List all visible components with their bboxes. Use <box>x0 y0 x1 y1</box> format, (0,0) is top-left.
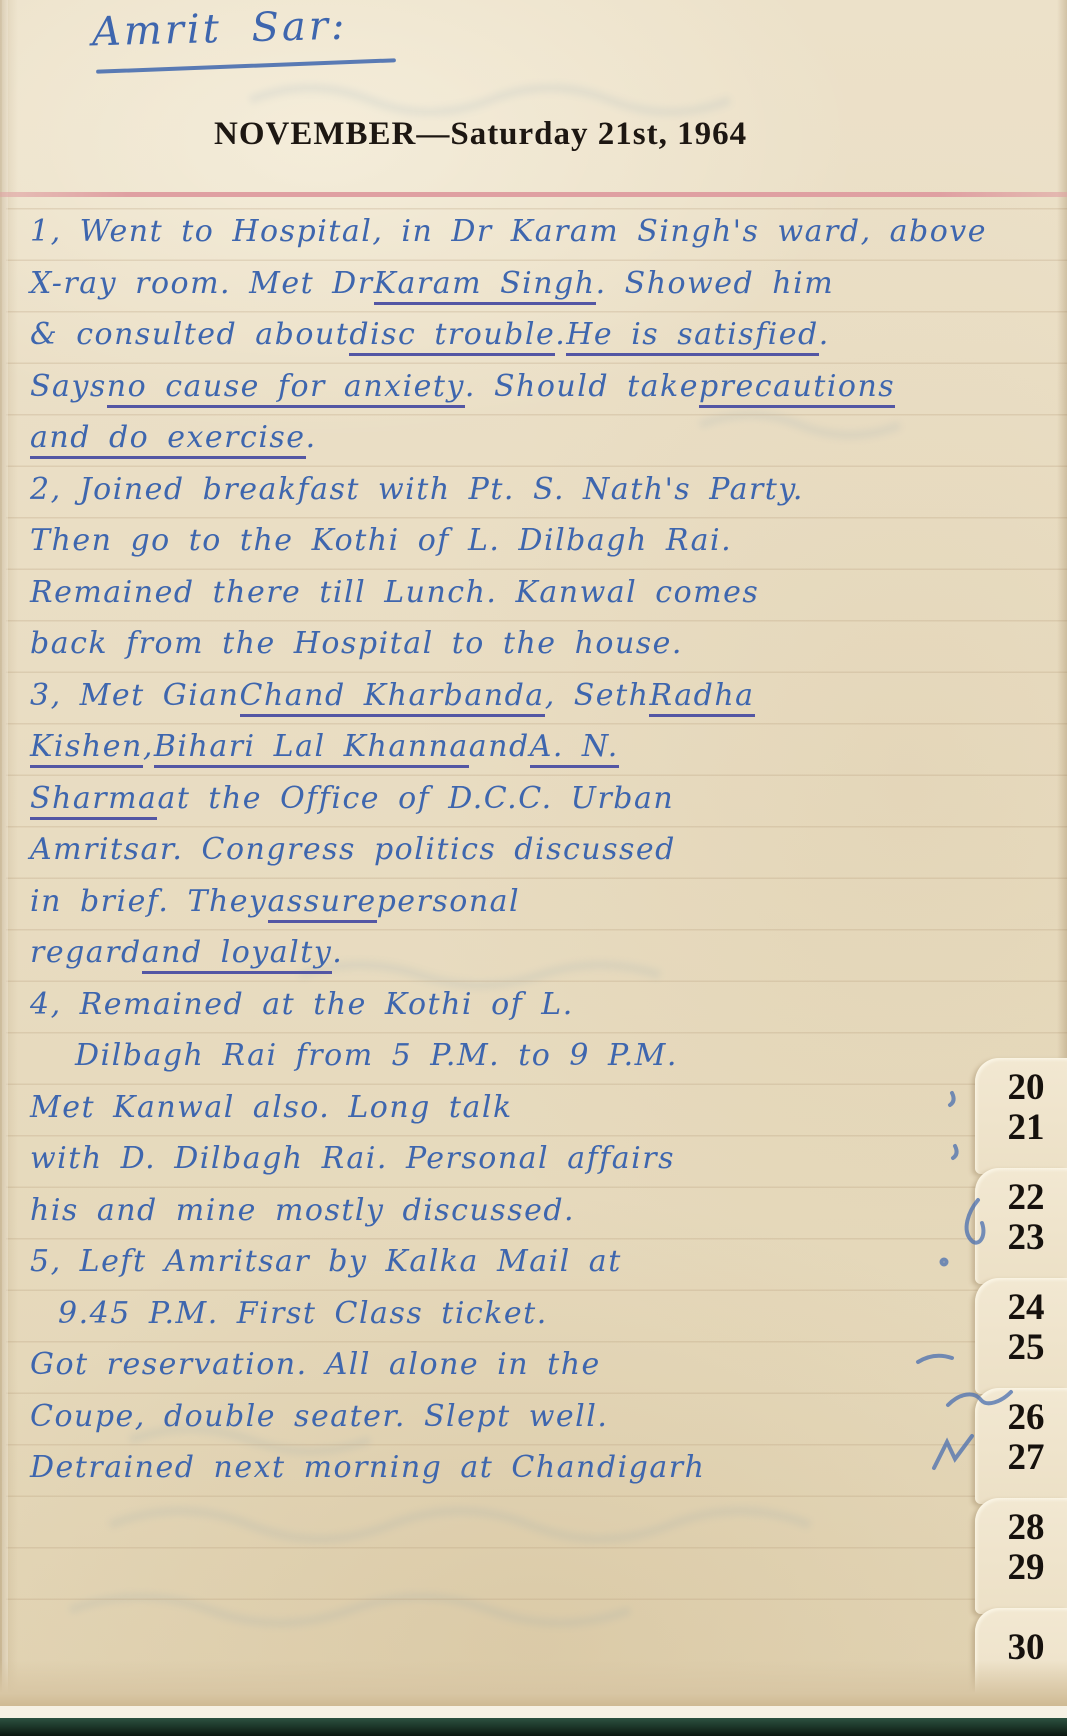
journal-line-17: Dilbagh Rai from 5 P.M. to 9 P.M. <box>30 1030 983 1082</box>
journal-line-16: 4, Remained at the Kothi of L. <box>30 979 983 1031</box>
underlined-handwriting: A. N. <box>530 730 619 768</box>
tab-number: 23 <box>991 1218 1061 1258</box>
handwriting: Dilbagh Rai from 5 P.M. to 9 P.M. <box>75 1030 678 1082</box>
underlined-handwriting: Sharma <box>30 782 157 820</box>
journal-line-23: Got reservation. All alone in the <box>30 1339 983 1391</box>
underlined-handwriting: assure <box>268 885 377 923</box>
journal-line-25: Detrained next morning at Chandigarh <box>30 1442 983 1494</box>
journal-line-7: Then go to the Kothi of L. Dilbagh Rai. <box>30 515 983 567</box>
journal-line-20: his and mine mostly discussed. <box>30 1185 983 1237</box>
handwriting: & consulted about <box>30 309 349 361</box>
underlined-handwriting: Karam Singh <box>374 267 596 305</box>
handwriting: . Should take <box>465 361 699 413</box>
journal-line-14: in brief. They assure personal <box>30 876 983 928</box>
date-tab-26-27: 2627 <box>975 1388 1067 1504</box>
journal-line-10: 3, Met Gian Chand Kharbanda, Seth Radha <box>30 670 983 722</box>
handwriting: 1, Went to Hospital, in Dr Karam Singh's… <box>30 206 987 258</box>
date-tab-20-21: 2021 <box>975 1058 1067 1174</box>
handwriting: . <box>332 927 343 979</box>
handwriting: . Showed him <box>596 258 835 310</box>
handwriting: personal <box>377 876 521 928</box>
tab-number: 30 <box>991 1628 1061 1668</box>
tab-number: 25 <box>991 1328 1061 1368</box>
handwriting: Amritsar. Congress politics discussed <box>30 824 676 876</box>
underlined-handwriting: Kishen <box>30 730 143 768</box>
journal-line-3: & consulted about disc trouble. He is sa… <box>30 309 983 361</box>
tab-number: 28 <box>991 1508 1061 1548</box>
journal-line-8: Remained there till Lunch. Kanwal comes <box>30 567 983 619</box>
journal-line-9: back from the Hospital to the house. <box>30 618 983 670</box>
journal-line-13: Amritsar. Congress politics discussed <box>30 824 983 876</box>
underlined-handwriting: Radha <box>649 679 754 717</box>
journal-line-6: 2, Joined breakfast with Pt. S. Nath's P… <box>30 464 983 516</box>
tab-number: 26 <box>991 1398 1061 1438</box>
date-tab-28-29: 2829 <box>975 1498 1067 1614</box>
diary-page-photo: Amrit Sar: NOVEMBER—Saturday 21st, 1964 … <box>0 0 1067 1736</box>
tab-number: 22 <box>991 1178 1061 1218</box>
journal-line-21: 5, Left Amritsar by Kalka Mail at <box>30 1236 983 1288</box>
underlined-handwriting: disc trouble <box>349 318 555 356</box>
pages-edge-highlight <box>0 1706 1067 1718</box>
handwriting: , <box>143 721 154 773</box>
handwriting: . <box>555 309 566 361</box>
journal-line-5: and do exercise. <box>30 412 983 464</box>
handwriting: 3, Met Gian <box>30 670 240 722</box>
date-header: NOVEMBER—Saturday 21st, 1964 <box>214 116 747 153</box>
handwriting: regard <box>30 927 142 979</box>
tab-number: 27 <box>991 1438 1061 1478</box>
date-tab-24-25: 2425 <box>975 1278 1067 1394</box>
handwriting: Remained there till Lunch. Kanwal comes <box>30 567 759 619</box>
handwriting: 9.45 P.M. First Class ticket. <box>58 1288 548 1340</box>
handwriting: back from the Hospital to the house. <box>30 618 683 670</box>
underlined-handwriting: no cause for anxiety <box>107 370 465 408</box>
journal-line-4: Says no cause for anxiety. Should take p… <box>30 361 983 413</box>
underlined-handwriting: and do exercise <box>30 421 306 459</box>
journal-line-11: Kishen, Bihari Lal Khanna and A. N. <box>30 721 983 773</box>
journal-line-24: Coupe, double seater. Slept well. <box>30 1391 983 1443</box>
underlined-handwriting: Chand Kharbanda <box>240 679 545 717</box>
journal-line-19: with D. Dilbagh Rai. Personal affairs <box>30 1133 983 1185</box>
date-tab-22-23: 2223 <box>975 1168 1067 1284</box>
tab-number: 29 <box>991 1548 1061 1588</box>
handwriting: Detrained next morning at Chandigarh <box>30 1442 705 1494</box>
journal-entries: 1, Went to Hospital, in Dr Karam Singh's… <box>30 206 983 1494</box>
page-left-highlight <box>2 0 8 1712</box>
handwriting: Got reservation. All alone in the <box>30 1339 601 1391</box>
journal-line-2: X-ray room. Met Dr Karam Singh. Showed h… <box>30 258 983 310</box>
handwriting: . <box>819 309 830 361</box>
tab-number: 21 <box>991 1108 1061 1148</box>
location-heading: Amrit Sar: <box>91 3 347 56</box>
journal-line-22: 9.45 P.M. First Class ticket. <box>30 1288 983 1340</box>
tab-number: 20 <box>991 1068 1061 1108</box>
handwriting: at the Office of D.C.C. Urban <box>157 773 674 825</box>
page-bottom-edge <box>0 1660 1067 1708</box>
handwriting: Coupe, double seater. Slept well. <box>30 1391 608 1443</box>
journal-line-1: 1, Went to Hospital, in Dr Karam Singh's… <box>30 206 983 258</box>
handwriting: X-ray room. Met Dr <box>30 258 374 310</box>
book-cover-edge <box>0 1718 1067 1736</box>
handwriting: 5, Left Amritsar by Kalka Mail at <box>30 1236 622 1288</box>
handwriting: , Seth <box>545 670 650 722</box>
handwriting: 4, Remained at the Kothi of L. <box>30 979 574 1031</box>
handwriting: with D. Dilbagh Rai. Personal affairs <box>30 1133 675 1185</box>
underlined-handwriting: He is satisfied <box>566 318 818 356</box>
date-tab-column: 2021222324252627282930 <box>975 1058 1067 1700</box>
handwriting: and <box>469 721 530 773</box>
handwriting: 2, Joined breakfast with Pt. S. Nath's P… <box>30 464 804 516</box>
handwriting: . <box>306 412 317 464</box>
journal-line-12: Sharma at the Office of D.C.C. Urban <box>30 773 983 825</box>
journal-line-18: Met Kanwal also. Long talk <box>30 1082 983 1134</box>
date-tab-30: 30 <box>975 1608 1067 1716</box>
underlined-handwriting: precautions <box>699 370 895 408</box>
underlined-handwriting: and loyalty <box>142 936 333 974</box>
handwriting: Met Kanwal also. Long talk <box>30 1082 513 1134</box>
header-divider-rule <box>0 192 1067 197</box>
journal-line-15: regard and loyalty. <box>30 927 983 979</box>
location-underline <box>96 58 396 73</box>
handwriting: Then go to the Kothi of L. Dilbagh Rai. <box>30 515 732 567</box>
tab-number: 24 <box>991 1288 1061 1328</box>
handwriting: his and mine mostly discussed. <box>30 1185 575 1237</box>
page-left-edge-shadow <box>0 0 18 1712</box>
underlined-handwriting: Bihari Lal Khanna <box>154 730 469 768</box>
handwriting: Says <box>30 361 107 413</box>
handwriting: in brief. They <box>30 876 268 928</box>
